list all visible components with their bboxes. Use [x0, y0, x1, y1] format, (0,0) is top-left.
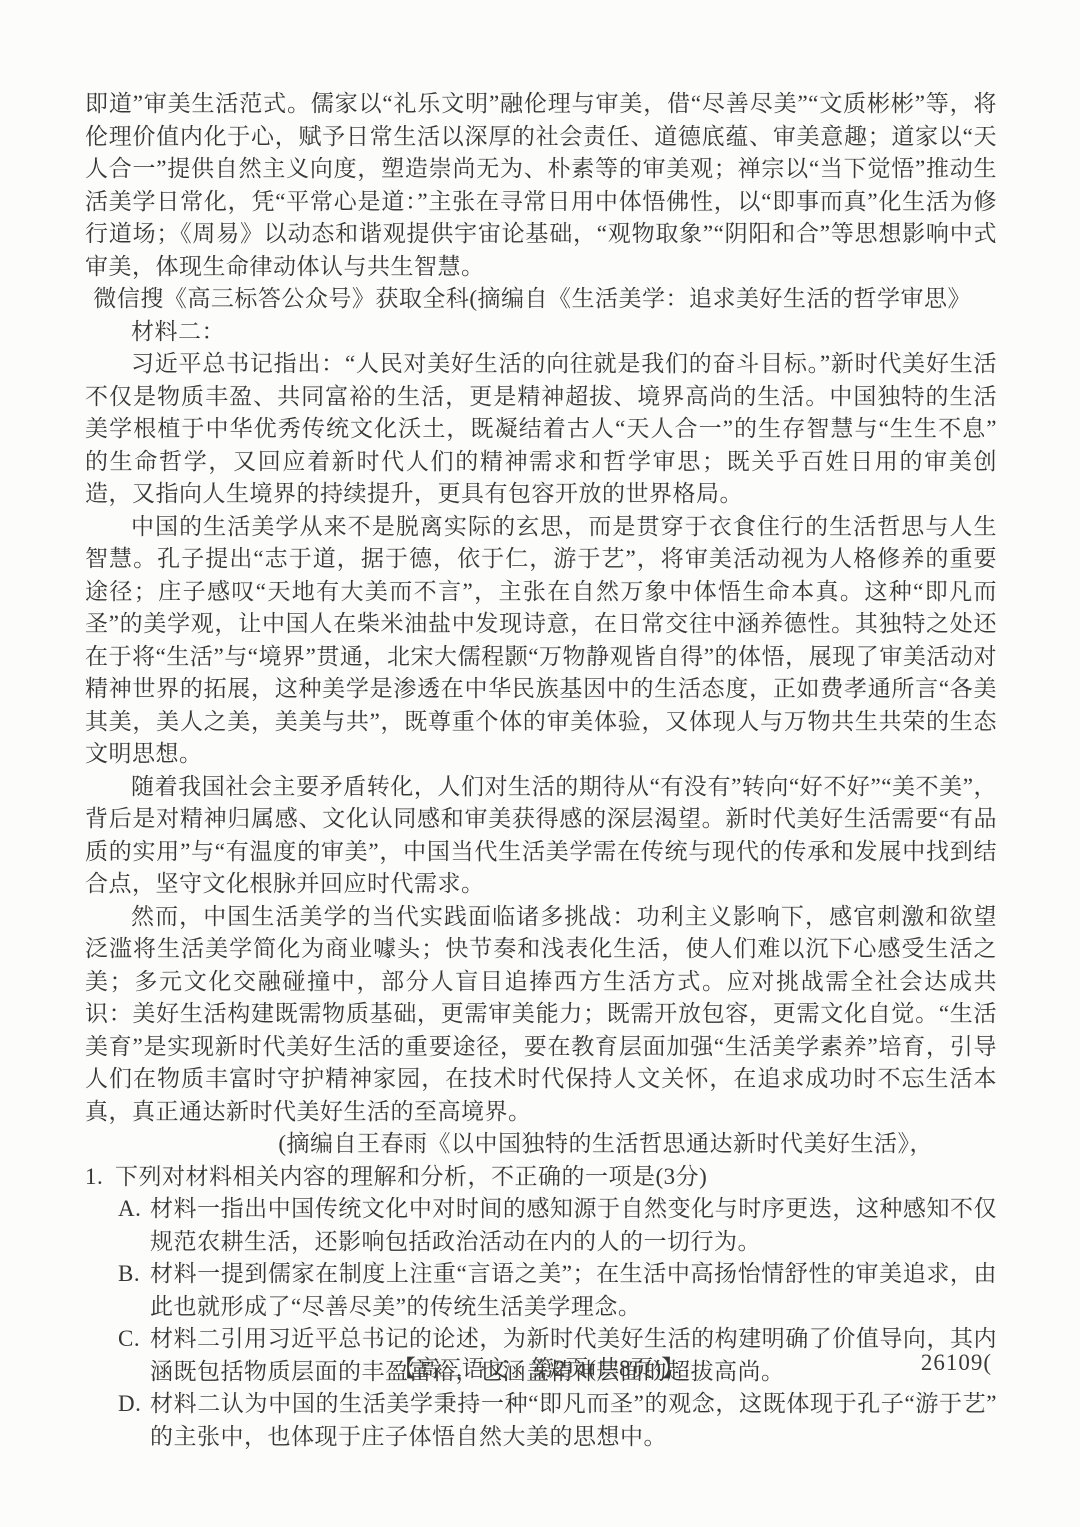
page-footer: 【高三语文 第2页(共8页)】 26109( [85, 1350, 992, 1383]
option-a-text: 材料一指出中国传统文化中对时间的感知源于自然变化与时序更迭，这种感知不仅规范农耕… [150, 1193, 997, 1258]
option-b-text: 材料一提到儒家在制度上注重“言语之美”；在生活中高扬怡情舒性的审美追求，由此也就… [150, 1258, 997, 1323]
exam-paper-page: 即道”审美生活范式。儒家以“礼乐文明”融伦理与审美，借“尽善尽美”“文质彬彬”等… [0, 0, 1080, 1527]
material2-attribution-line: (摘编自王春雨《以中国独特的生活哲思通达新时代美好生活》， [85, 1128, 997, 1161]
material2-paragraph-3: 随着我国社会主要矛盾转化，人们对生活的期待从“有没有”转向“好不好”“美不美”，… [85, 771, 997, 901]
footer-paper-code: 26109( [921, 1350, 992, 1376]
material2-paragraph-1: 习近平总书记指出：“人民对美好生活的向往就是我们的奋斗目标。”新时代美好生活不仅… [85, 348, 997, 511]
question-1-option-b: B. 材料一提到儒家在制度上注重“言语之美”；在生活中高扬怡情舒性的审美追求，由… [85, 1258, 997, 1323]
page-body: 即道”审美生活范式。儒家以“礼乐文明”融伦理与审美，借“尽善尽美”“文质彬彬”等… [85, 88, 997, 1453]
question-1-stem: 下列对材料相关内容的理解和分析，不正确的一项是(3分) [115, 1161, 997, 1194]
material2-heading: 材料二： [85, 316, 997, 349]
footer-page-indicator: 【高三语文 第2页(共8页)】 [393, 1356, 684, 1381]
option-d-label: D. [118, 1388, 150, 1453]
question-1-option-d: D. 材料二认为中国的生活美学秉持一种“即凡而圣”的观念，这既体现于孔子“游于艺… [85, 1388, 997, 1453]
material1-attribution-watermark-line: 微信搜《高三标答公众号》获取全科(摘编自《生活美学：追求美好生活的哲学审思》 [85, 283, 997, 316]
option-b-label: B. [118, 1258, 150, 1323]
material2-paragraph-2: 中国的生活美学从来不是脱离实际的玄思，而是贯穿于衣食住行的生活哲思与人生智慧。孔… [85, 511, 997, 771]
question-1-option-a: A. 材料一指出中国传统文化中对时间的感知源于自然变化与时序更迭，这种感知不仅规… [85, 1193, 997, 1258]
material2-paragraph-4: 然而，中国生活美学的当代实践面临诸多挑战：功利主义影响下，感官刺激和欲望泛滥将生… [85, 901, 997, 1129]
question-1: 1. 下列对材料相关内容的理解和分析，不正确的一项是(3分) [85, 1161, 997, 1194]
question-1-number: 1. [85, 1161, 115, 1194]
option-a-label: A. [118, 1193, 150, 1258]
material1-continuation-paragraph: 即道”审美生活范式。儒家以“礼乐文明”融伦理与审美，借“尽善尽美”“文质彬彬”等… [85, 88, 997, 283]
option-d-text: 材料二认为中国的生活美学秉持一种“即凡而圣”的观念，这既体现于孔子“游于艺”的主… [150, 1388, 997, 1453]
